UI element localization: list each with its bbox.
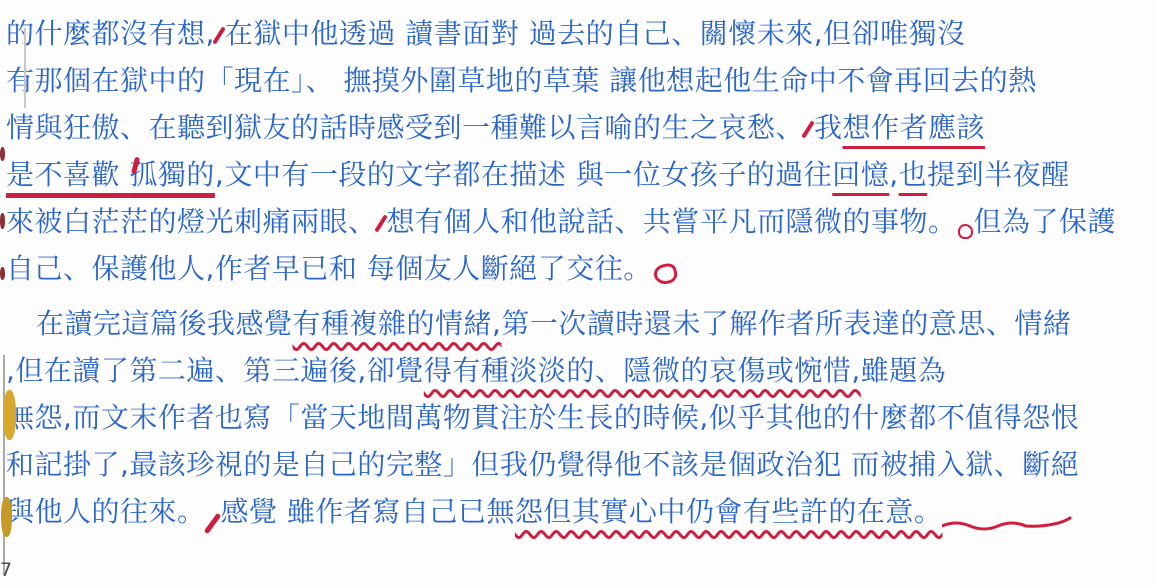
- text-segment: 自己、保護他人,作者早已和 每個友人斷絕了交往。: [6, 252, 652, 285]
- red-underlined-text: 也: [899, 158, 928, 191]
- paragraph-1: 的什麼都沒有想,在獄中他透過 讀書面對 過去的自己、關懷未來,但卻唯獨沒有那個在…: [6, 10, 1156, 292]
- paragraph-2: 在讀完這篇後我感覺有種複雜的情緒,第一次讀時還未了解作者所表達的意思、情緒,但在…: [6, 300, 1156, 535]
- handwritten-line: 來被白茫茫的燈光刺痛兩眼、想有個人和他說話、共嘗平凡而隱微的事物。但為了保護: [6, 198, 1156, 245]
- red-underlined-text: 孤獨的: [129, 158, 215, 191]
- red-underlined-text: 有種複雜的情緒,: [293, 307, 502, 340]
- text-segment: 在獄中他透過 讀書面對 過去的自己、關懷未來,但卻唯獨沒: [225, 17, 966, 50]
- scan-artifact-blob: [0, 147, 5, 161]
- red-circle-large-mark: [652, 262, 679, 286]
- red-wave-tail-mark: [942, 499, 1074, 515]
- essay-text: 的什麼都沒有想,在獄中他透過 讀書面對 過去的自己、關懷未來,但卻唯獨沒有那個在…: [6, 10, 1156, 535]
- text-segment: 提到半夜醒: [927, 158, 1070, 191]
- handwritten-line: 和記掛了,最該珍視的是自己的完整」但我仍覺得他不該是個政治犯 而被捕入獄、斷絕: [6, 441, 1156, 488]
- text-segment: 但為了保護: [974, 205, 1117, 238]
- scan-artifact-blob: [0, 213, 5, 229]
- scan-artifact-blob: [1, 497, 12, 537]
- scan-artifact-edge-line: [3, 355, 5, 575]
- handwritten-line: 自己、保護他人,作者早已和 每個友人斷絕了交往。: [6, 245, 1156, 292]
- red-underlined-text: 是不喜歡: [6, 158, 129, 191]
- text-segment: 與他人的往來。: [6, 495, 206, 528]
- text-segment: ,: [889, 158, 898, 191]
- text-segment: 無怨,而文末作者也寫「當天地間萬物貫注於生長的時候,似乎其他的什麼都不值得怨恨: [6, 401, 1079, 434]
- handwritten-line: 的什麼都沒有想,在獄中他透過 讀書面對 過去的自己、關懷未來,但卻唯獨沒: [6, 10, 1156, 57]
- handwritten-line: 情與狂傲、在聽到獄友的話時感受到一種難以言喻的生之哀愁、我想作者應該: [6, 104, 1156, 151]
- handwritten-line: 在讀完這篇後我感覺有種複雜的情緒,第一次讀時還未了解作者所表達的意思、情緒: [6, 300, 1156, 347]
- text-segment: 在讀完這篇後我感覺: [36, 307, 293, 340]
- text-segment: 雖題為: [861, 354, 947, 387]
- handwritten-line: ,但在讀了第二遍、第三遍後,卻覺得有種淡淡的、隱微的哀傷或惋惜,雖題為: [6, 347, 1156, 394]
- text-segment: 來被白茫茫的燈光刺痛兩眼、: [6, 205, 377, 238]
- scan-artifact-blob: [0, 267, 5, 280]
- red-underlined-text: 怨但其實心中仍會有些許的在意。: [515, 495, 943, 528]
- handwritten-line: 是不喜歡 孤獨的,文中有一段的文字都在描述 與一位女孩子的過往回憶,也提到半夜醒: [6, 151, 1156, 198]
- text-segment: ,但在讀了第二遍、第三遍後,卻覺: [6, 354, 424, 387]
- text-segment: 有那個在獄中的「現在」、 撫摸外圍草地的草葉 讓他想起他生命中不會再回去的熱: [6, 64, 1037, 97]
- text-segment: 感覺 雖作者寫自己已無: [221, 495, 515, 528]
- text-segment: ,文中有一段的文字都在描述 與一位女孩子的過往: [215, 158, 832, 191]
- wave-tail-icon: [942, 516, 1074, 532]
- text-segment: 情與狂傲、在聽到獄友的話時感受到一種難以言喻的生之哀愁、: [6, 111, 804, 144]
- red-circle-small-mark: [958, 224, 973, 239]
- text-segment: 第一次讀時還未了解作者所表達的意思、情緒: [501, 307, 1071, 340]
- text-segment: 想有個人和他說話、共嘗平凡而隱微的事物。: [387, 205, 957, 238]
- handwritten-line: 無怨,而文末作者也寫「當天地間萬物貫注於生長的時候,似乎其他的什麼都不值得怨恨: [6, 394, 1156, 441]
- scan-artifact-blob: [3, 390, 16, 440]
- text-segment: 我: [814, 111, 843, 144]
- text-segment: 和記掛了,最該珍視的是自己的完整」但我仍覺得他不該是個政治犯 而被捕入獄、斷絕: [6, 448, 1079, 481]
- red-underlined-text: 回憶: [832, 158, 889, 191]
- red-underlined-text: 想作者應該: [843, 111, 986, 144]
- scan-artifact-edge-line: [24, 28, 26, 108]
- text-segment: 的什麼都沒有想,: [6, 17, 215, 50]
- handwritten-line: 有那個在獄中的「現在」、 撫摸外圍草地的草葉 讓他想起他生命中不會再回去的熱: [6, 57, 1156, 104]
- red-underlined-text: 得有種淡淡的、隱微的哀傷或惋惜,: [424, 354, 861, 387]
- scan-artifact-corner-text: 7: [0, 560, 12, 580]
- handwritten-line: 與他人的往來。感覺 雖作者寫自己已無怨但其實心中仍會有些許的在意。: [6, 488, 1156, 535]
- scanned-handwritten-page: 的什麼都沒有想,在獄中他透過 讀書面對 過去的自己、關懷未來,但卻唯獨沒有那個在…: [0, 0, 1157, 585]
